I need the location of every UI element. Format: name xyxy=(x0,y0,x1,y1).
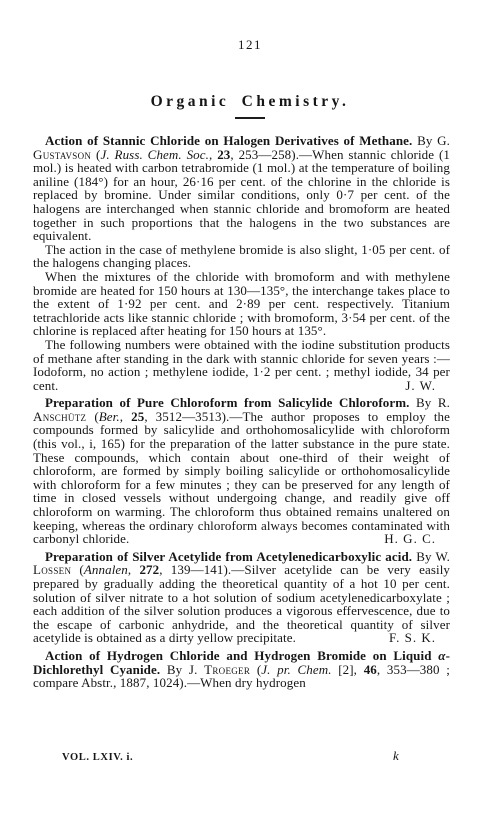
abstract-paragraph: Action of Stannic Chloride on Halogen De… xyxy=(33,134,450,243)
reviewer-initials: H. G. C. xyxy=(372,532,450,546)
abstract-paragraph: Preparation of Pure Chloroform from Sali… xyxy=(33,396,450,546)
abstract-paragraph: When the mixtures of the chloride with b… xyxy=(33,270,450,338)
text-segment: The following numbers were obtained with… xyxy=(33,337,450,393)
paragraph-text: Preparation of Pure Chloroform from Sali… xyxy=(33,395,450,546)
text-segment: , 253—258).—When stannic chloride (1 mol… xyxy=(33,147,450,244)
article-dichlorethyl-cyanide: Action of Hydrogen Chloride and Hydrogen… xyxy=(33,649,450,690)
paragraph-text: Preparation of Silver Acetylide from Ace… xyxy=(33,549,450,646)
text-segment: , 3512—3513).—The author proposes to emp… xyxy=(33,409,450,546)
abstract-paragraph: The following numbers were obtained with… xyxy=(33,338,450,392)
reviewer-initials: J. W. xyxy=(393,379,450,393)
paragraph-text: The action in the case of methylene brom… xyxy=(33,242,450,271)
page-footer: VOL. LXIV. i. k xyxy=(33,751,450,764)
abstracts-column: Action of Stannic Chloride on Halogen De… xyxy=(33,134,450,690)
section-title: Organic Chemistry. xyxy=(0,93,500,110)
journal-page: 121 Organic Chemistry. Action of Stannic… xyxy=(0,0,500,825)
abstract-paragraph: Action of Hydrogen Chloride and Hydrogen… xyxy=(33,649,450,690)
volume-label: VOL. LXIV. i. xyxy=(62,752,133,763)
text-segment: When the mixtures of the chloride with b… xyxy=(33,269,450,338)
article-silver-acetylide: Preparation of Silver Acetylide from Ace… xyxy=(33,550,450,645)
article-stannic-chloride: Action of Stannic Chloride on Halogen De… xyxy=(33,134,450,392)
paragraph-text: When the mixtures of the chloride with b… xyxy=(33,269,450,338)
page-number: 121 xyxy=(0,0,500,52)
paragraph-text: Action of Hydrogen Chloride and Hydrogen… xyxy=(33,648,450,690)
abstract-paragraph: Preparation of Silver Acetylide from Ace… xyxy=(33,550,450,645)
abstract-paragraph: The action in the case of methylene brom… xyxy=(33,243,450,270)
text-segment: The action in the case of methylene brom… xyxy=(33,242,450,271)
article-pure-chloroform: Preparation of Pure Chloroform from Sali… xyxy=(33,396,450,546)
paragraph-text: The following numbers were obtained with… xyxy=(33,337,450,393)
text-segment: [2], xyxy=(332,662,364,677)
reviewer-initials: F. S. K. xyxy=(377,631,450,645)
title-divider xyxy=(235,117,265,119)
paragraph-text: Action of Stannic Chloride on Halogen De… xyxy=(33,133,450,243)
text-segment: 46 xyxy=(364,662,377,677)
press-signature-mark: k xyxy=(393,749,399,762)
